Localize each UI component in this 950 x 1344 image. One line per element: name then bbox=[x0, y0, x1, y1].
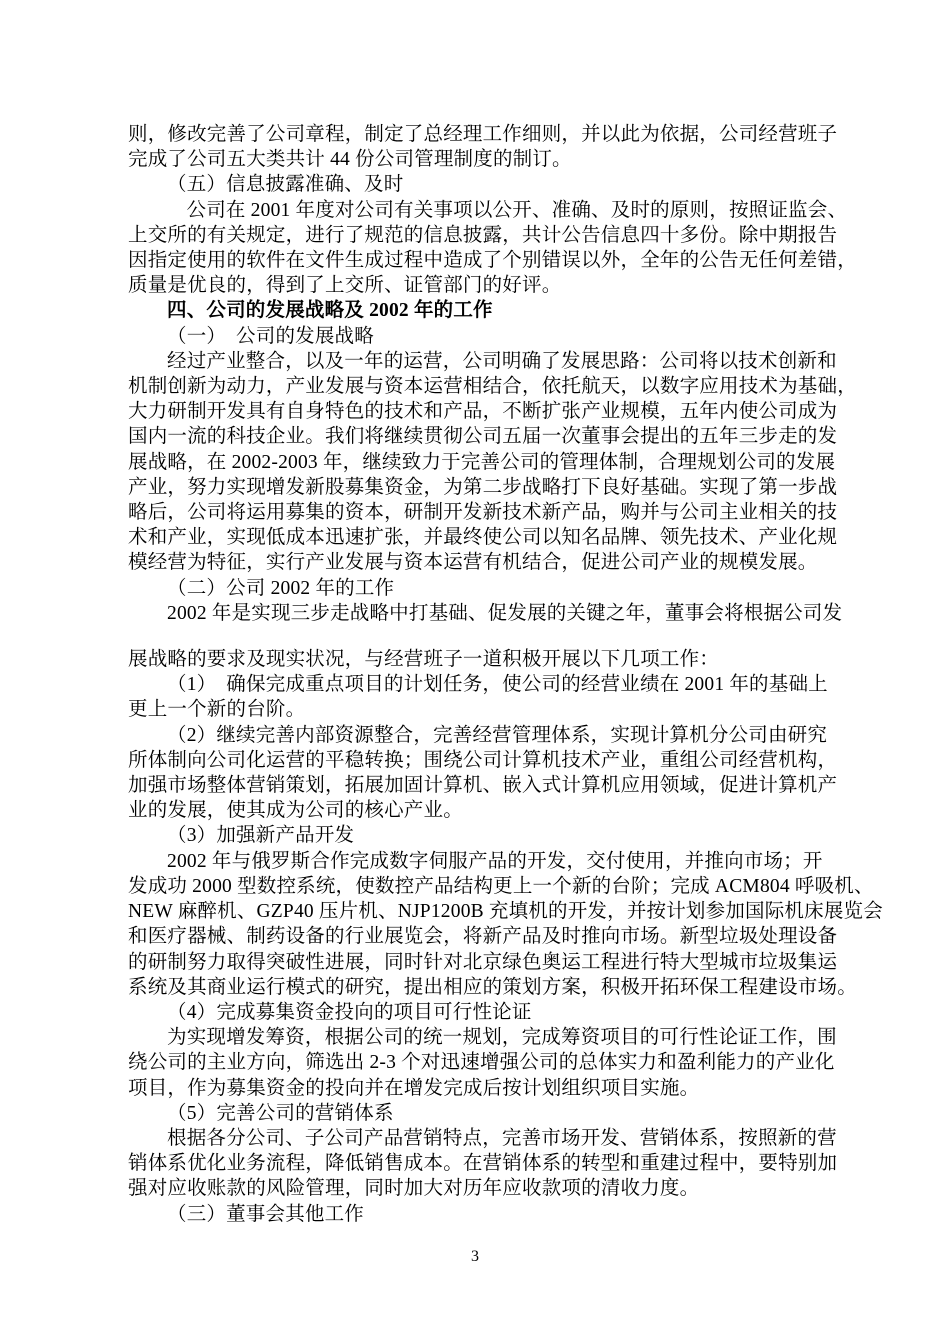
text-line: 展战略，在 2002-2003 年，继续致力于完善公司的管理体制，合理规划公司的… bbox=[128, 450, 844, 475]
text-line: 2002 年与俄罗斯合作完成数字伺服产品的开发，交付使用，并推向市场；开 bbox=[128, 849, 844, 874]
text-line: 质量是优良的，得到了上交所、证管部门的好评。 bbox=[128, 273, 844, 298]
text-line: 因指定使用的软件在文件生成过程中造成了个别错误以外，全年的公告无任何差错， bbox=[128, 248, 844, 273]
text-line: 销体系优化业务流程，降低销售成本。在营销体系的转型和重建过程中，要特别加 bbox=[128, 1151, 844, 1176]
text-line: 完成了公司五大类共计 44 份公司管理制度的制订。 bbox=[128, 147, 844, 172]
text-line: 展战略的要求及现实状况，与经营班子一道积极开展以下几项工作： bbox=[128, 647, 844, 672]
text-line: 和医疗器械、制药设备的行业展览会，将新产品及时推向市场。新型垃圾处理设备 bbox=[128, 924, 844, 949]
text-line: 系统及其商业运行模式的研究，提出相应的策划方案，积极开拓环保工程建设市场。 bbox=[128, 975, 844, 1000]
text-line: 大力研制开发具有自身特色的技术和产品，不断扩张产业规模，五年内使公司成为 bbox=[128, 399, 844, 424]
text-line: 根据各分公司、子公司产品营销特点，完善市场开发、营销体系，按照新的营 bbox=[128, 1126, 844, 1151]
text-line: 所体制向公司化运营的平稳转换；围绕公司计算机技术产业，重组公司经营机构， bbox=[128, 748, 844, 773]
text-line: 强对应收账款的风险管理，同时加大对历年应收款项的清收力度。 bbox=[128, 1176, 844, 1201]
text-line: 加强市场整体营销策划，拓展加固计算机、嵌入式计算机应用领域，促进计算机产 bbox=[128, 773, 844, 798]
text-line: 发成功 2000 型数控系统，使数控产品结构更上一个新的台阶；完成 ACM804… bbox=[128, 874, 844, 899]
text-line: （4）完成募集资金投向的项目可行性论证 bbox=[128, 1000, 844, 1025]
text-line: 业的发展，使其成为公司的核心产业。 bbox=[128, 798, 844, 823]
text-line: （1） 确保完成重点项目的计划任务，使公司的经营业绩在 2001 年的基础上 bbox=[128, 672, 844, 697]
text-line: 经过产业整合，以及一年的运营，公司明确了发展思路：公司将以技术创新和 bbox=[128, 349, 844, 374]
text-line: （五）信息披露准确、及时 bbox=[128, 172, 844, 197]
text-line: 国内一流的科技企业。我们将继续贯彻公司五届一次董事会提出的五年三步走的发 bbox=[128, 424, 844, 449]
text-line: 项目，作为募集资金的投向并在增发完成后按计划组织项目实施。 bbox=[128, 1076, 844, 1101]
text-line: NEW 麻醉机、GZP40 压片机、NJP1200B 充填机的开发，并按计划参加… bbox=[128, 899, 844, 924]
text-line: 机制创新为动力，产业发展与资本运营相结合，依托航天，以数字应用技术为基础， bbox=[128, 374, 844, 399]
text-line: （3）加强新产品开发 bbox=[128, 823, 844, 848]
text-line: （2）继续完善内部资源整合，完善经营管理体系，实现计算机分公司由研究 bbox=[128, 723, 844, 748]
text-line: （二）公司 2002 年的工作 bbox=[128, 576, 844, 601]
text-line: 产业，努力实现增发新股募集资金，为第二步战略打下良好基础。实现了第一步战 bbox=[128, 475, 844, 500]
text-line: （一） 公司的发展战略 bbox=[128, 324, 844, 349]
text-line: 绕公司的主业方向，筛选出 2-3 个对迅速增强公司的总体实力和盈利能力的产业化 bbox=[128, 1050, 844, 1075]
text-line: 上交所的有关规定，进行了规范的信息披露，共计公告信息四十多份。除中期报告 bbox=[128, 223, 844, 248]
text-line: 为实现增发筹资，根据公司的统一规划，完成筹资项目的可行性论证工作，围 bbox=[128, 1025, 844, 1050]
page-number: 3 bbox=[0, 1248, 950, 1266]
text-line: 公司在 2001 年度对公司有关事项以公开、准确、及时的原则，按照证监会、 bbox=[128, 198, 844, 223]
text-line: 更上一个新的台阶。 bbox=[128, 697, 844, 722]
text-line: 2002 年是实现三步走战略中打基础、促发展的关键之年，董事会将根据公司发 bbox=[128, 601, 844, 626]
text-line: 的研制努力取得突破性进展，同时针对北京绿色奥运工程进行特大型城市垃圾集运 bbox=[128, 950, 844, 975]
text-line: 则，修改完善了公司章程，制定了总经理工作细则，并以此为依据，公司经营班子 bbox=[128, 122, 844, 147]
text-line: 略后，公司将运用募集的资本，研制开发新技术新产品，购并与公司主业相关的技 bbox=[128, 500, 844, 525]
section-heading: 四、公司的发展战略及 2002 年的工作 bbox=[128, 298, 844, 323]
text-line: （5）完善公司的营销体系 bbox=[128, 1101, 844, 1126]
document-page: 则，修改完善了公司章程，制定了总经理工作细则，并以此为依据，公司经营班子完成了公… bbox=[0, 0, 950, 1344]
text-line: 术和产业，实现低成本迅速扩张，并最终使公司以知名品牌、领先技术、产业化规 bbox=[128, 525, 844, 550]
text-line: （三）董事会其他工作 bbox=[128, 1202, 844, 1227]
document-body: 则，修改完善了公司章程，制定了总经理工作细则，并以此为依据，公司经营班子完成了公… bbox=[128, 122, 844, 1227]
text-line: 模经营为特征，实行产业发展与资本运营有机结合，促进公司产业的规模发展。 bbox=[128, 550, 844, 575]
